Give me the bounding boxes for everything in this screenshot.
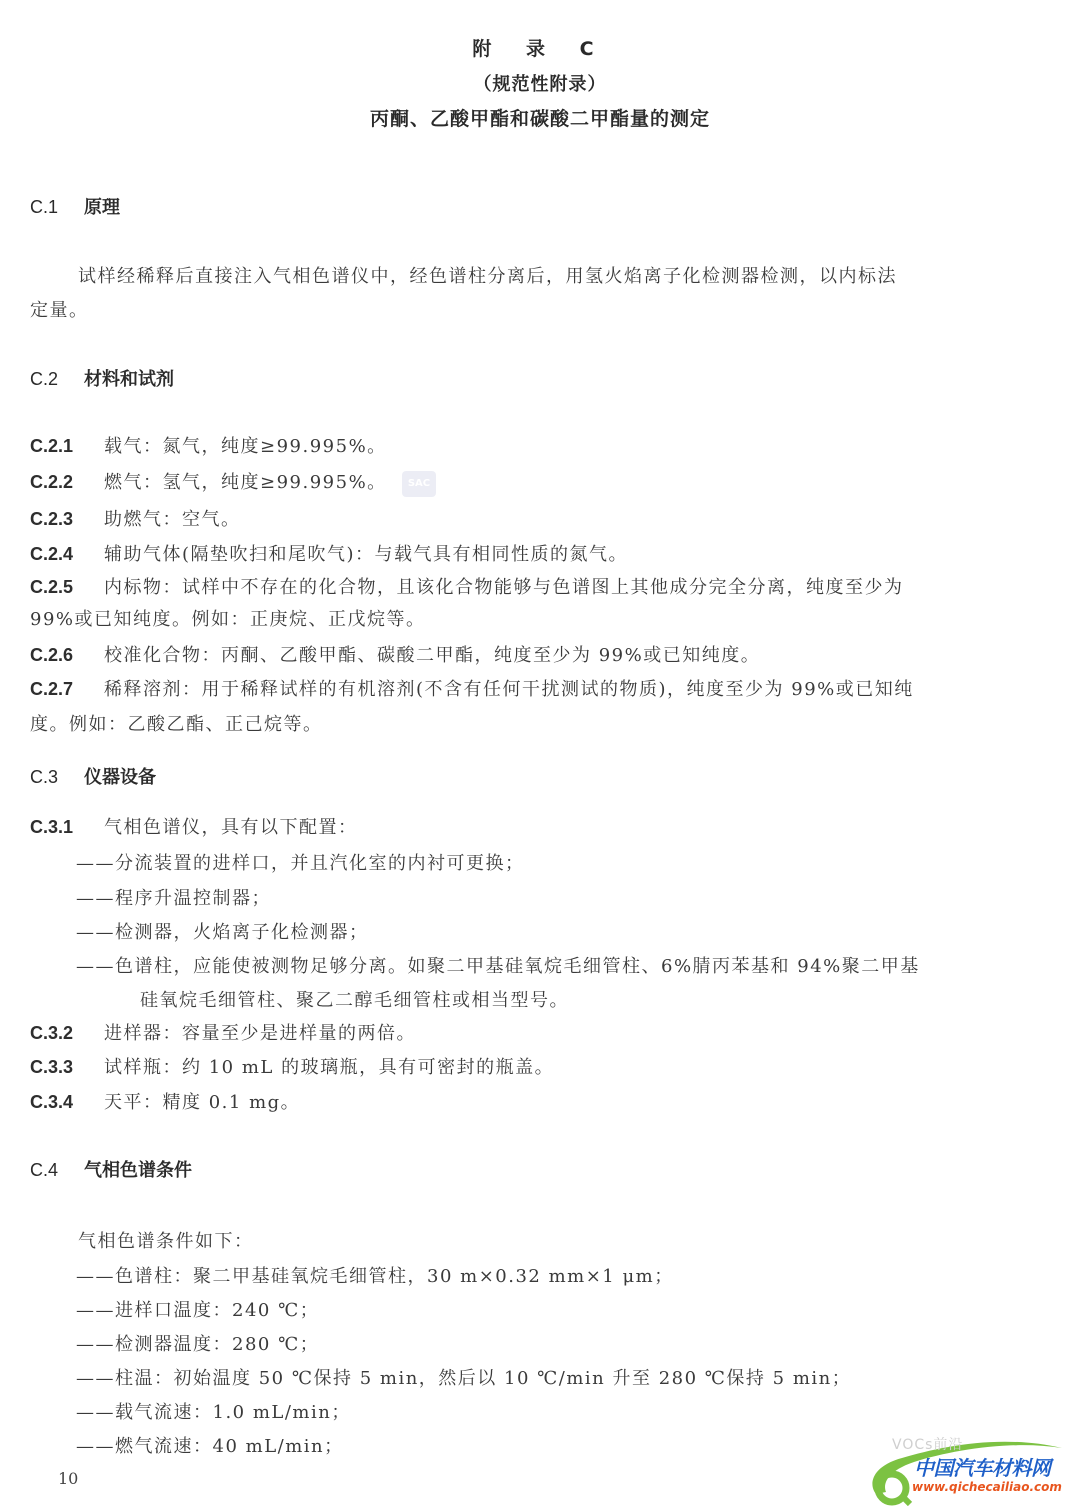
clause-number: C.3.4	[30, 1092, 104, 1113]
clause-text: 助燃气：空气。	[104, 509, 241, 530]
section-number: C.4	[30, 1160, 84, 1181]
clause-text: 载气：氮气，纯度≥99.995%。	[104, 436, 387, 457]
document-title: 丙酮、乙酸甲酯和碳酸二甲酯量的测定	[0, 104, 1080, 131]
clause-c2-2: C.2.2燃气：氢气，纯度≥99.995%。	[30, 468, 387, 494]
clause-number: C.3.1	[30, 817, 104, 838]
clause-text: 校准化合物：丙酮、乙酸甲酯、碳酸二甲酯，纯度至少为 99%或已知纯度。	[104, 645, 760, 666]
clause-text: 辅助气体(隔垫吹扫和尾吹气)：与载气具有相同性质的氮气。	[104, 544, 628, 565]
clause-c2-5-continuation: 99%或已知纯度。例如：正庚烷、正戊烷等。	[30, 605, 426, 631]
clause-text: 内标物：试样中不存在的化合物，且该化合物能够与色谱图上其他成分完全分离，纯度至少…	[104, 577, 904, 598]
clause-c2-4: C.2.4辅助气体(隔垫吹扫和尾吹气)：与载气具有相同性质的氮气。	[30, 540, 628, 566]
document-page: 附 录 C （规范性附录） 丙酮、乙酸甲酯和碳酸二甲酯量的测定 C.1原理 试样…	[0, 0, 1080, 1511]
section-title: 原理	[84, 197, 120, 218]
clause-number: C.3.3	[30, 1057, 104, 1078]
sac-watermark-icon: SAC	[402, 471, 436, 497]
clause-c2-1: C.2.1载气：氮气，纯度≥99.995%。	[30, 432, 387, 458]
c3-1-config-item: ——色谱柱，应能使被测物足够分离。如聚二甲基硅氧烷毛细管柱、6%腈丙苯基和 94…	[76, 952, 920, 978]
logo-url: www.qichecailiao.com	[912, 1480, 1062, 1494]
c1-paragraph-line1: 试样经稀释后直接注入气相色谱仪中，经色谱柱分离后，用氢火焰离子化检测器检测，以内…	[78, 262, 897, 288]
clause-number: C.3.2	[30, 1023, 104, 1044]
clause-c2-3: C.2.3助燃气：空气。	[30, 505, 241, 531]
page-number: 10	[58, 1469, 78, 1488]
clause-c2-5: C.2.5内标物：试样中不存在的化合物，且该化合物能够与色谱图上其他成分完全分离…	[30, 573, 904, 599]
clause-c2-7: C.2.7稀释溶剂：用于稀释试样的有机溶剂(不含有任何干扰测试的物质)，纯度至少…	[30, 675, 914, 701]
gc-condition-oven-program: ——柱温：初始温度 50 ℃保持 5 min，然后以 10 ℃/min 升至 2…	[76, 1364, 851, 1390]
section-title: 材料和试剂	[84, 369, 174, 390]
section-number: C.3	[30, 767, 84, 788]
section-title: 气相色谱条件	[84, 1160, 192, 1181]
clause-c3-4: C.3.4天平：精度 0.1 mg。	[30, 1088, 300, 1114]
gc-condition-column: ——色谱柱：聚二甲基硅氧烷毛细管柱，30 m×0.32 mm×1 μm；	[76, 1262, 674, 1288]
clause-text: 试样瓶：约 10 mL 的玻璃瓶，具有可密封的瓶盖。	[104, 1057, 554, 1078]
site-logo-watermark: VOCs前沿 中国汽车材料网 www.qichecailiao.com	[862, 1432, 1072, 1506]
section-heading-c4: C.4气相色谱条件	[30, 1156, 192, 1182]
clause-number: C.2.2	[30, 472, 104, 493]
gc-condition-fuel-flow: ——燃气流速：40 mL/min；	[76, 1432, 344, 1458]
appendix-type: （规范性附录）	[0, 70, 1080, 96]
section-number: C.1	[30, 197, 84, 218]
clause-c3-3: C.3.3试样瓶：约 10 mL 的玻璃瓶，具有可密封的瓶盖。	[30, 1053, 554, 1079]
clause-c3-1: C.3.1气相色谱仪，具有以下配置：	[30, 813, 358, 839]
clause-number: C.2.4	[30, 544, 104, 565]
logo-chinese-name: 中国汽车材料网	[914, 1452, 1051, 1481]
clause-number: C.2.7	[30, 679, 104, 700]
clause-c3-2: C.3.2进样器：容量至少是进样量的两倍。	[30, 1019, 416, 1045]
c3-1-config-item: ——分流装置的进样口，并且汽化室的内衬可更换；	[76, 849, 525, 875]
clause-text: 进样器：容量至少是进样量的两倍。	[104, 1023, 416, 1044]
clause-number: C.2.5	[30, 577, 104, 598]
voc-watermark-text: VOCs前沿	[892, 1434, 963, 1454]
gc-condition-carrier-flow: ——载气流速：1.0 mL/min；	[76, 1398, 351, 1424]
clause-text: 天平：精度 0.1 mg。	[104, 1092, 300, 1113]
clause-c2-7-continuation: 度。例如：乙酸乙酯、正己烷等。	[30, 710, 323, 736]
appendix-title: 附 录 C	[0, 34, 1080, 61]
c3-1-config-item-continuation: 硅氧烷毛细管柱、聚乙二醇毛细管柱或相当型号。	[140, 986, 569, 1012]
section-title: 仪器设备	[84, 767, 156, 788]
c1-paragraph-line2: 定量。	[30, 296, 89, 322]
c3-1-config-item: ——检测器，火焰离子化检测器；	[76, 918, 369, 944]
clause-text: 气相色谱仪，具有以下配置：	[104, 817, 358, 838]
c4-intro: 气相色谱条件如下：	[78, 1227, 254, 1253]
section-heading-c1: C.1原理	[30, 193, 120, 219]
section-number: C.2	[30, 369, 84, 390]
clause-text: 稀释溶剂：用于稀释试样的有机溶剂(不含有任何干扰测试的物质)，纯度至少为 99%…	[104, 679, 914, 700]
clause-text: 燃气：氢气，纯度≥99.995%。	[104, 472, 387, 493]
section-heading-c3: C.3仪器设备	[30, 763, 156, 789]
section-heading-c2: C.2材料和试剂	[30, 365, 174, 391]
c3-1-config-item: ——程序升温控制器；	[76, 884, 271, 910]
gc-condition-detector-temp: ——检测器温度：280 ℃；	[76, 1330, 319, 1356]
clause-number: C.2.6	[30, 645, 104, 666]
clause-c2-6: C.2.6校准化合物：丙酮、乙酸甲酯、碳酸二甲酯，纯度至少为 99%或已知纯度。	[30, 641, 760, 667]
gc-condition-inlet-temp: ——进样口温度：240 ℃；	[76, 1296, 319, 1322]
clause-number: C.2.1	[30, 436, 104, 457]
clause-number: C.2.3	[30, 509, 104, 530]
